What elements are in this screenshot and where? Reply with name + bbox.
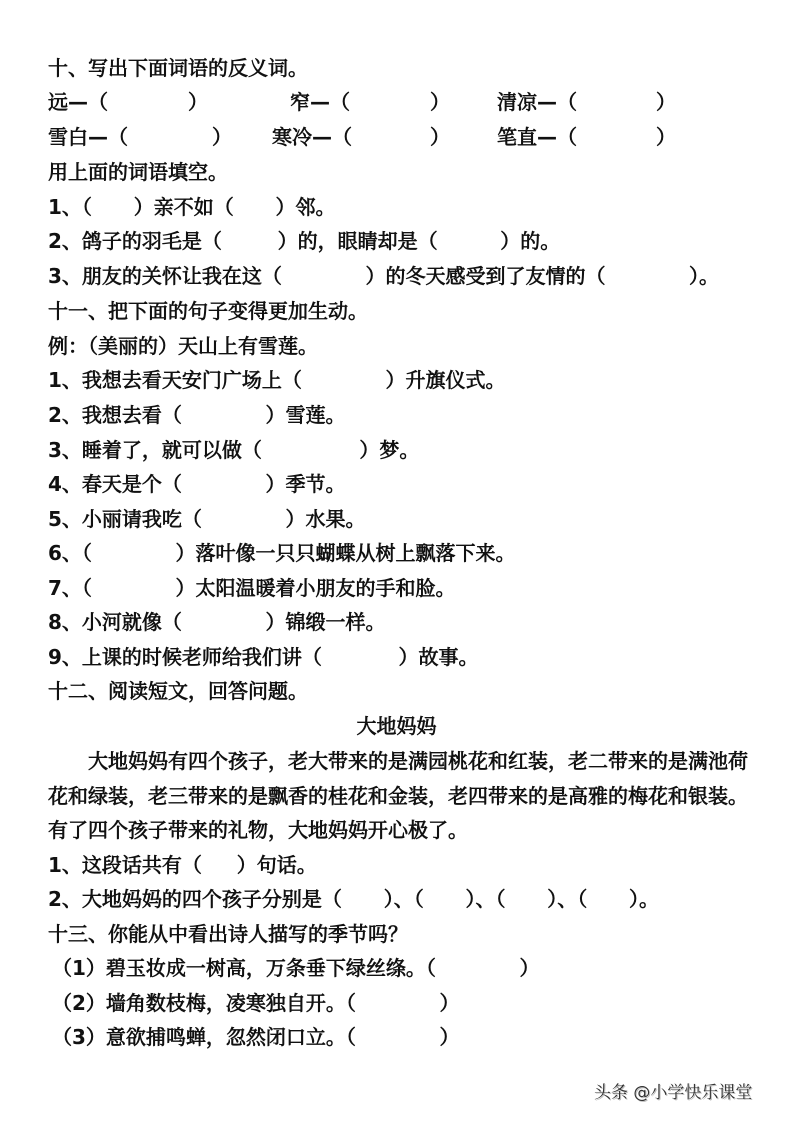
- antonym-blank-close: ）: [656, 87, 676, 117]
- antonym-word: 窄—（: [290, 87, 350, 117]
- sentence-item: 5、小丽请我吃（ ）水果。: [48, 504, 365, 534]
- section-12-heading: 十二、阅读短文，回答问题。: [48, 676, 308, 706]
- poem-item: （3）意欲捕鸣蝉，忽然闭口立。（ ）: [52, 1022, 459, 1052]
- sentence-item: 7、（ ）太阳温暖着小朋友的手和脸。: [48, 573, 455, 603]
- antonym-blank-close: ）: [430, 87, 450, 117]
- poem-item: （2）墙角数枝梅，凌寒独自开。（ ）: [52, 988, 459, 1018]
- antonym-word: 远—（: [48, 87, 108, 117]
- sentence-item: 6、（ ）落叶像一只只蝴蝶从树上飘落下来。: [48, 538, 515, 568]
- source-watermark: 头条 @小学快乐课堂: [594, 1080, 752, 1106]
- sentence-item: 1、我想去看天安门广场上（ ）升旗仪式。: [48, 365, 505, 395]
- reading-question: 2、大地妈妈的四个孩子分别是（ ）、（ ）、（ ）、（ ）。: [48, 884, 659, 914]
- sentence-item: 3、睡着了，就可以做（ ）梦。: [48, 435, 419, 465]
- poem-item: （1）碧玉妆成一树高，万条垂下绿丝绦。（ ）: [52, 953, 539, 983]
- antonym-blank-close: ）: [188, 87, 208, 117]
- passage-title: 大地妈妈: [0, 711, 793, 741]
- section-11-heading: 十一、把下面的句子变得更加生动。: [48, 296, 368, 326]
- fill-item: 3、朋友的关怀让我在这（ ）的冬天感受到了友情的（ ）。: [48, 261, 719, 291]
- section-13-heading: 十三、你能从中看出诗人描写的季节吗？: [48, 919, 408, 949]
- antonym-word: 寒冷—（: [272, 122, 352, 152]
- antonym-word: 笔直—（: [497, 122, 577, 152]
- antonym-word: 雪白—（: [48, 122, 128, 152]
- antonym-blank-close: ）: [430, 122, 450, 152]
- antonym-blank-close: ）: [656, 122, 676, 152]
- antonym-blank-close: ）: [212, 122, 232, 152]
- sentence-item: 9、上课的时候老师给我们讲（ ）故事。: [48, 642, 479, 672]
- fill-item: 2、鸽子的羽毛是（ ）的，眼睛却是（ ）的。: [48, 226, 560, 256]
- fill-instruction: 用上面的词语填空。: [48, 157, 228, 187]
- fill-item: 1、（ ）亲不如（ ）邻。: [48, 192, 335, 222]
- sentence-item: 2、我想去看（ ）雪莲。: [48, 400, 345, 430]
- section-10-heading: 十、写出下面词语的反义词。: [48, 53, 308, 83]
- antonym-word: 清凉—（: [497, 87, 577, 117]
- example-sentence: 例：（美丽的）天山上有雪莲。: [48, 331, 318, 361]
- reading-question: 1、这段话共有（ ）句话。: [48, 850, 317, 880]
- sentence-item: 8、小河就像（ ）锦缎一样。: [48, 607, 385, 637]
- passage-body: 大地妈妈有四个孩子，老大带来的是满园桃花和红装，老二带来的是满池荷花和绿装，老三…: [48, 744, 748, 848]
- sentence-item: 4、春天是个（ ）季节。: [48, 469, 345, 499]
